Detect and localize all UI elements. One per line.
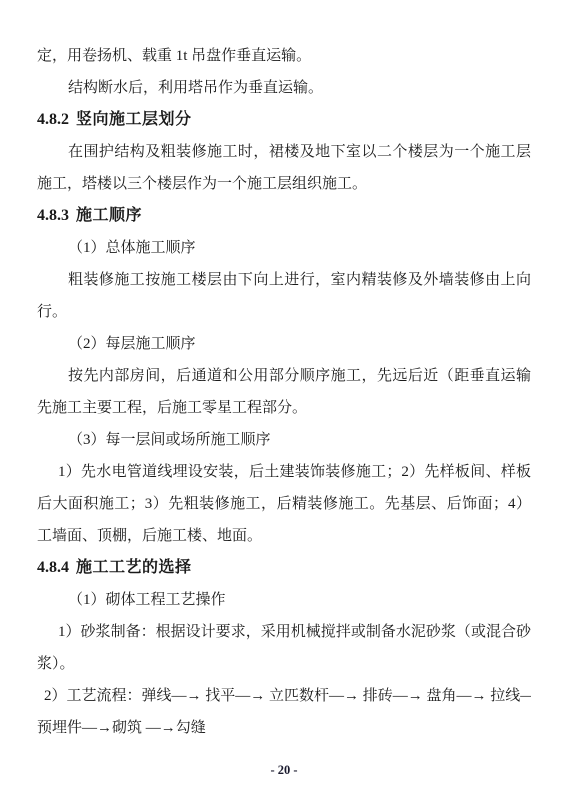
paragraph-line: 施工，塔楼以三个楼层作为一个施工层组织施工。 — [37, 168, 531, 200]
paragraph-line: 先施工主要工程，后施工零星工程部分。 — [37, 392, 531, 424]
paragraph-line: 浆）。 — [37, 648, 531, 680]
heading-title: 施工顺序 — [76, 207, 142, 224]
list-item-heading: （1）总体施工顺序 — [37, 232, 531, 264]
list-item-heading: （1）砌体工程工艺操作 — [37, 584, 531, 616]
document-page: 定，用卷扬机、载重 1t 吊盘作垂直运输。 结构断水后，利用塔吊作为垂直运输。 … — [0, 0, 568, 800]
heading-number: 4.8.3 — [37, 207, 69, 224]
paragraph-line: 结构断水后，利用塔吊作为垂直运输。 — [37, 72, 531, 104]
section-heading-4-8-4: 4.8.4施工工艺的选择 — [37, 552, 531, 584]
heading-title: 竖向施工层划分 — [76, 111, 192, 128]
heading-number: 4.8.2 — [37, 111, 69, 128]
paragraph-line: 行。 — [37, 296, 531, 328]
process-flow-line: 预埋件—→砌筑 —→勾缝 — [37, 712, 531, 744]
list-item-heading: （2）每层施工顺序 — [37, 328, 531, 360]
document-body: 定，用卷扬机、载重 1t 吊盘作垂直运输。 结构断水后，利用塔吊作为垂直运输。 … — [37, 40, 531, 744]
paragraph-line: 后大面积施工；3）先粗装修施工，后精装修施工。先基层、后饰面；4）先施 — [37, 488, 531, 520]
paragraph-line: 工墙面、顶棚，后施工楼、地面。 — [37, 520, 531, 552]
paragraph-line: 在围护结构及粗装修施工时，裙楼及地下室以二个楼层为一个施工层组织 — [37, 136, 531, 168]
list-item-heading: （3）每一层间或场所施工顺序 — [37, 424, 531, 456]
section-heading-4-8-2: 4.8.2竖向施工层划分 — [37, 104, 531, 136]
page-number: - 20 - — [0, 760, 568, 780]
section-heading-4-8-3: 4.8.3施工顺序 — [37, 200, 531, 232]
paragraph-line: 1）先水电管道线埋设安装，后土建装饰装修施工；2）先样板间、样板墙， — [37, 456, 531, 488]
heading-title: 施工工艺的选择 — [76, 559, 192, 576]
paragraph-line: 1）砂浆制备：根据设计要求，采用机械搅拌或制备水泥砂浆（或混合砂 — [37, 616, 531, 648]
process-flow-line: 2）工艺流程：弹线—→ 找平—→ 立匹数杆—→ 排砖—→ 盘角—→ 拉线—→ — [37, 680, 531, 712]
paragraph-line: 按先内部房间，后通道和公用部分顺序施工，先远后近（距垂直运输设备）， — [37, 360, 531, 392]
paragraph-line: 定，用卷扬机、载重 1t 吊盘作垂直运输。 — [37, 40, 531, 72]
heading-number: 4.8.4 — [37, 559, 69, 576]
paragraph-line: 粗装修施工按施工楼层由下向上进行，室内精装修及外墙装修由上向下进 — [37, 264, 531, 296]
